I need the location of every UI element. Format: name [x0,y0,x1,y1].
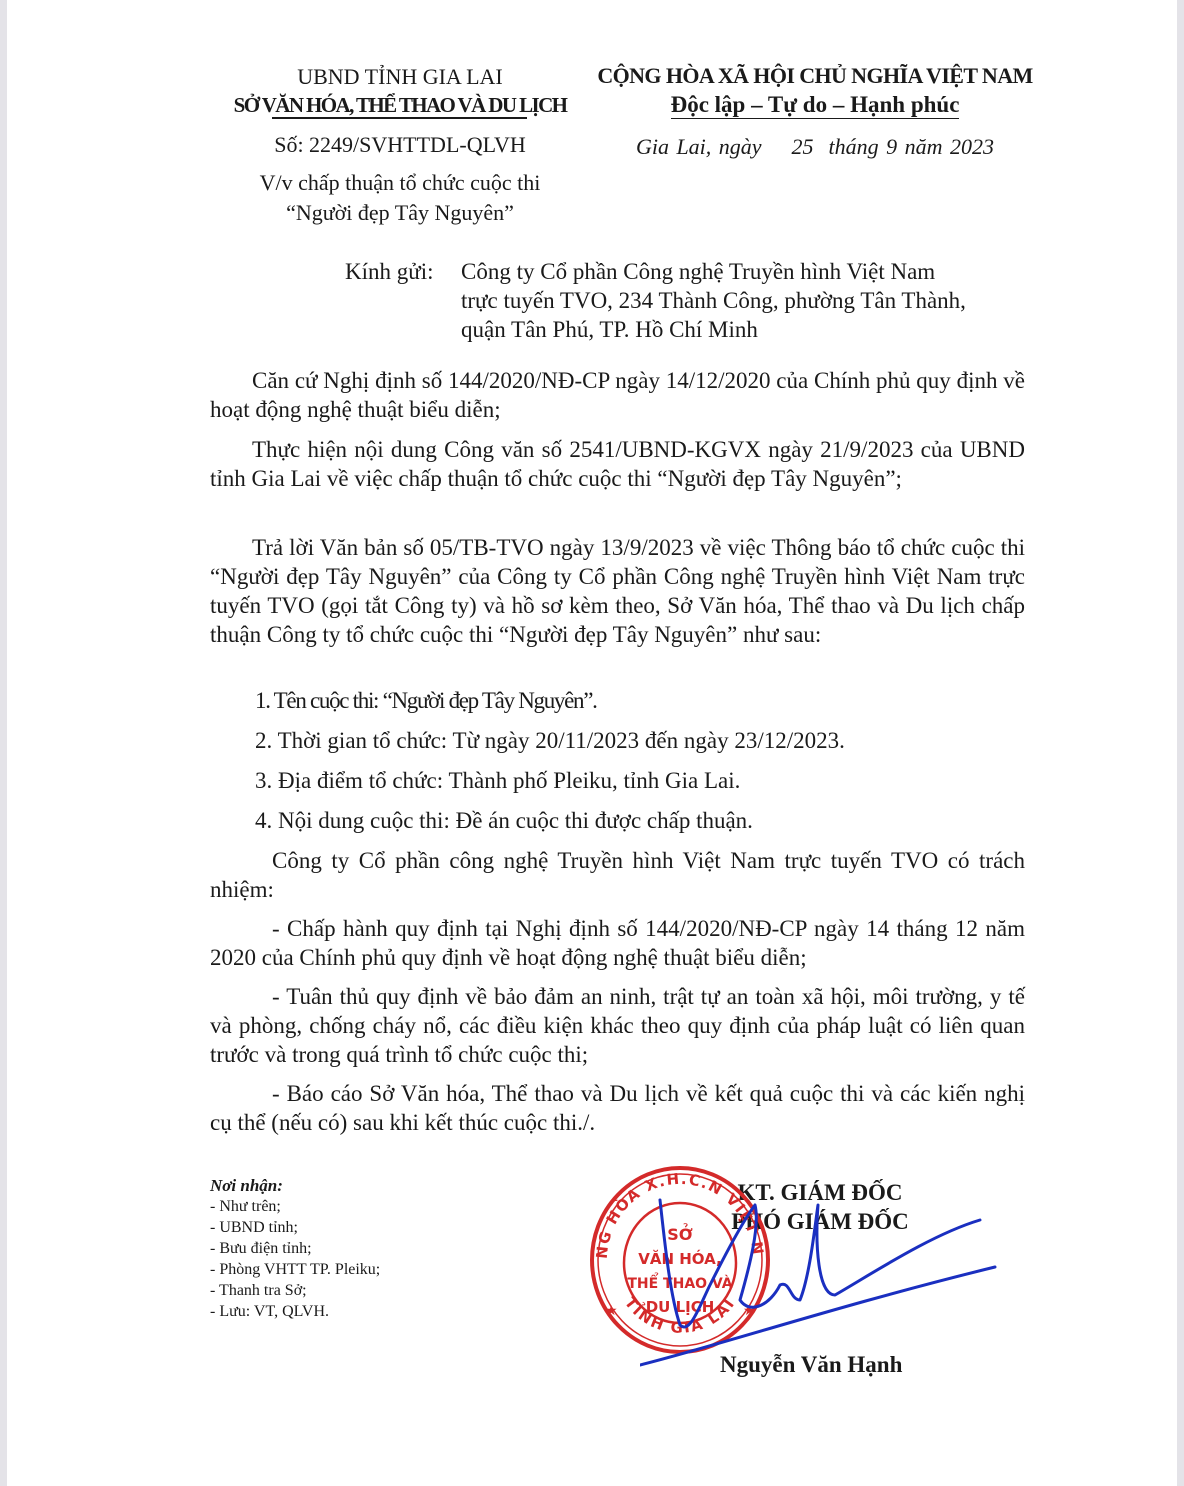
authority-name: UBND TỈNH GIA LAI [200,62,600,92]
distribution-list: Nơi nhận: - Như trên; - UBND tỉnh; - Bưu… [210,1175,380,1322]
distribution-title: Nơi nhận: [210,1175,380,1196]
body-paragraph-approval: Trả lời Văn bản số 05/TB-TVO ngày 13/9/2… [210,533,1025,649]
duty-item: - Tuân thủ quy định về bảo đảm an ninh, … [210,982,1025,1069]
approval-item-location: 3. Địa điểm tổ chức: Thành phố Pleiku, t… [255,766,740,795]
country-name: CỘNG HÒA XÃ HỘI CHỦ NGHĨA VIỆT NAM [580,62,1050,90]
national-motto-text: Độc lập – Tự do – Hạnh phúc [671,92,960,119]
body-paragraph-legal-basis: Căn cứ Nghị định số 144/2020/NĐ-CP ngày … [210,366,1025,424]
distribution-item: - Phòng VHTT TP. Pleiku; [210,1259,380,1280]
responsibility-intro: Công ty Cổ phần công nghệ Truyền hình Vi… [210,846,1025,904]
national-motto: Độc lập – Tự do – Hạnh phúc [580,90,1050,120]
subject-line-1: V/v chấp thuận tổ chức cuộc thi [200,168,600,198]
approval-item-time: 2. Thời gian tổ chức: Từ ngày 20/11/2023… [255,726,845,755]
department-underline [272,117,527,119]
issuing-authority-block: UBND TỈNH GIA LAI SỞ VĂN HÓA, THỂ THAO V… [200,62,600,228]
handwritten-signature-icon [640,1185,1010,1375]
national-header-block: CỘNG HÒA XÃ HỘI CHỦ NGHĨA VIỆT NAM Độc l… [580,62,1050,162]
recipient-line: Công ty Cổ phần Công nghệ Truyền hình Vi… [461,257,966,286]
approval-item-name: 1. Tên cuộc thi: “Người đẹp Tây Nguyên”. [255,686,597,715]
approval-item-content: 4. Nội dung cuộc thi: Đề án cuộc thi đượ… [255,806,753,835]
recipient-line: quận Tân Phú, TP. Hồ Chí Minh [461,315,966,344]
distribution-item: - Lưu: VT, QLVH. [210,1301,380,1322]
subject-line-2: “Người đẹp Tây Nguyên” [200,198,600,228]
document-number: Số: 2249/SVHTTDL-QLVH [200,130,600,160]
body-paragraph-implementation: Thực hiện nội dung Công văn số 2541/UBND… [210,435,1025,493]
distribution-item: - UBND tỉnh; [210,1217,380,1238]
recipient-line: trực tuyến TVO, 234 Thành Công, phường T… [461,286,966,315]
department-name: SỞ VĂN HÓA, THỂ THAO VÀ DU LỊCH [200,92,600,118]
distribution-item: - Bưu điện tỉnh; [210,1238,380,1259]
recipient-label: Kính gửi: [345,257,434,286]
page-edge-right [1177,0,1184,1486]
place-and-date: Gia Lai, ngày 25 tháng 9 năm 2023 [580,132,1050,162]
duty-item: - Báo cáo Sở Văn hóa, Thể thao và Du lịc… [210,1079,1025,1137]
svg-text:★: ★ [605,1303,618,1319]
page-edge-left [0,0,7,1486]
distribution-item: - Như trên; [210,1196,380,1217]
recipient-address: Công ty Cổ phần Công nghệ Truyền hình Vi… [461,257,966,344]
department-name-text: SỞ VĂN HÓA, THỂ THAO VÀ DU LỊCH [234,93,567,117]
duty-item: - Chấp hành quy định tại Nghị định số 14… [210,914,1025,972]
distribution-item: - Thanh tra Sở; [210,1280,380,1301]
